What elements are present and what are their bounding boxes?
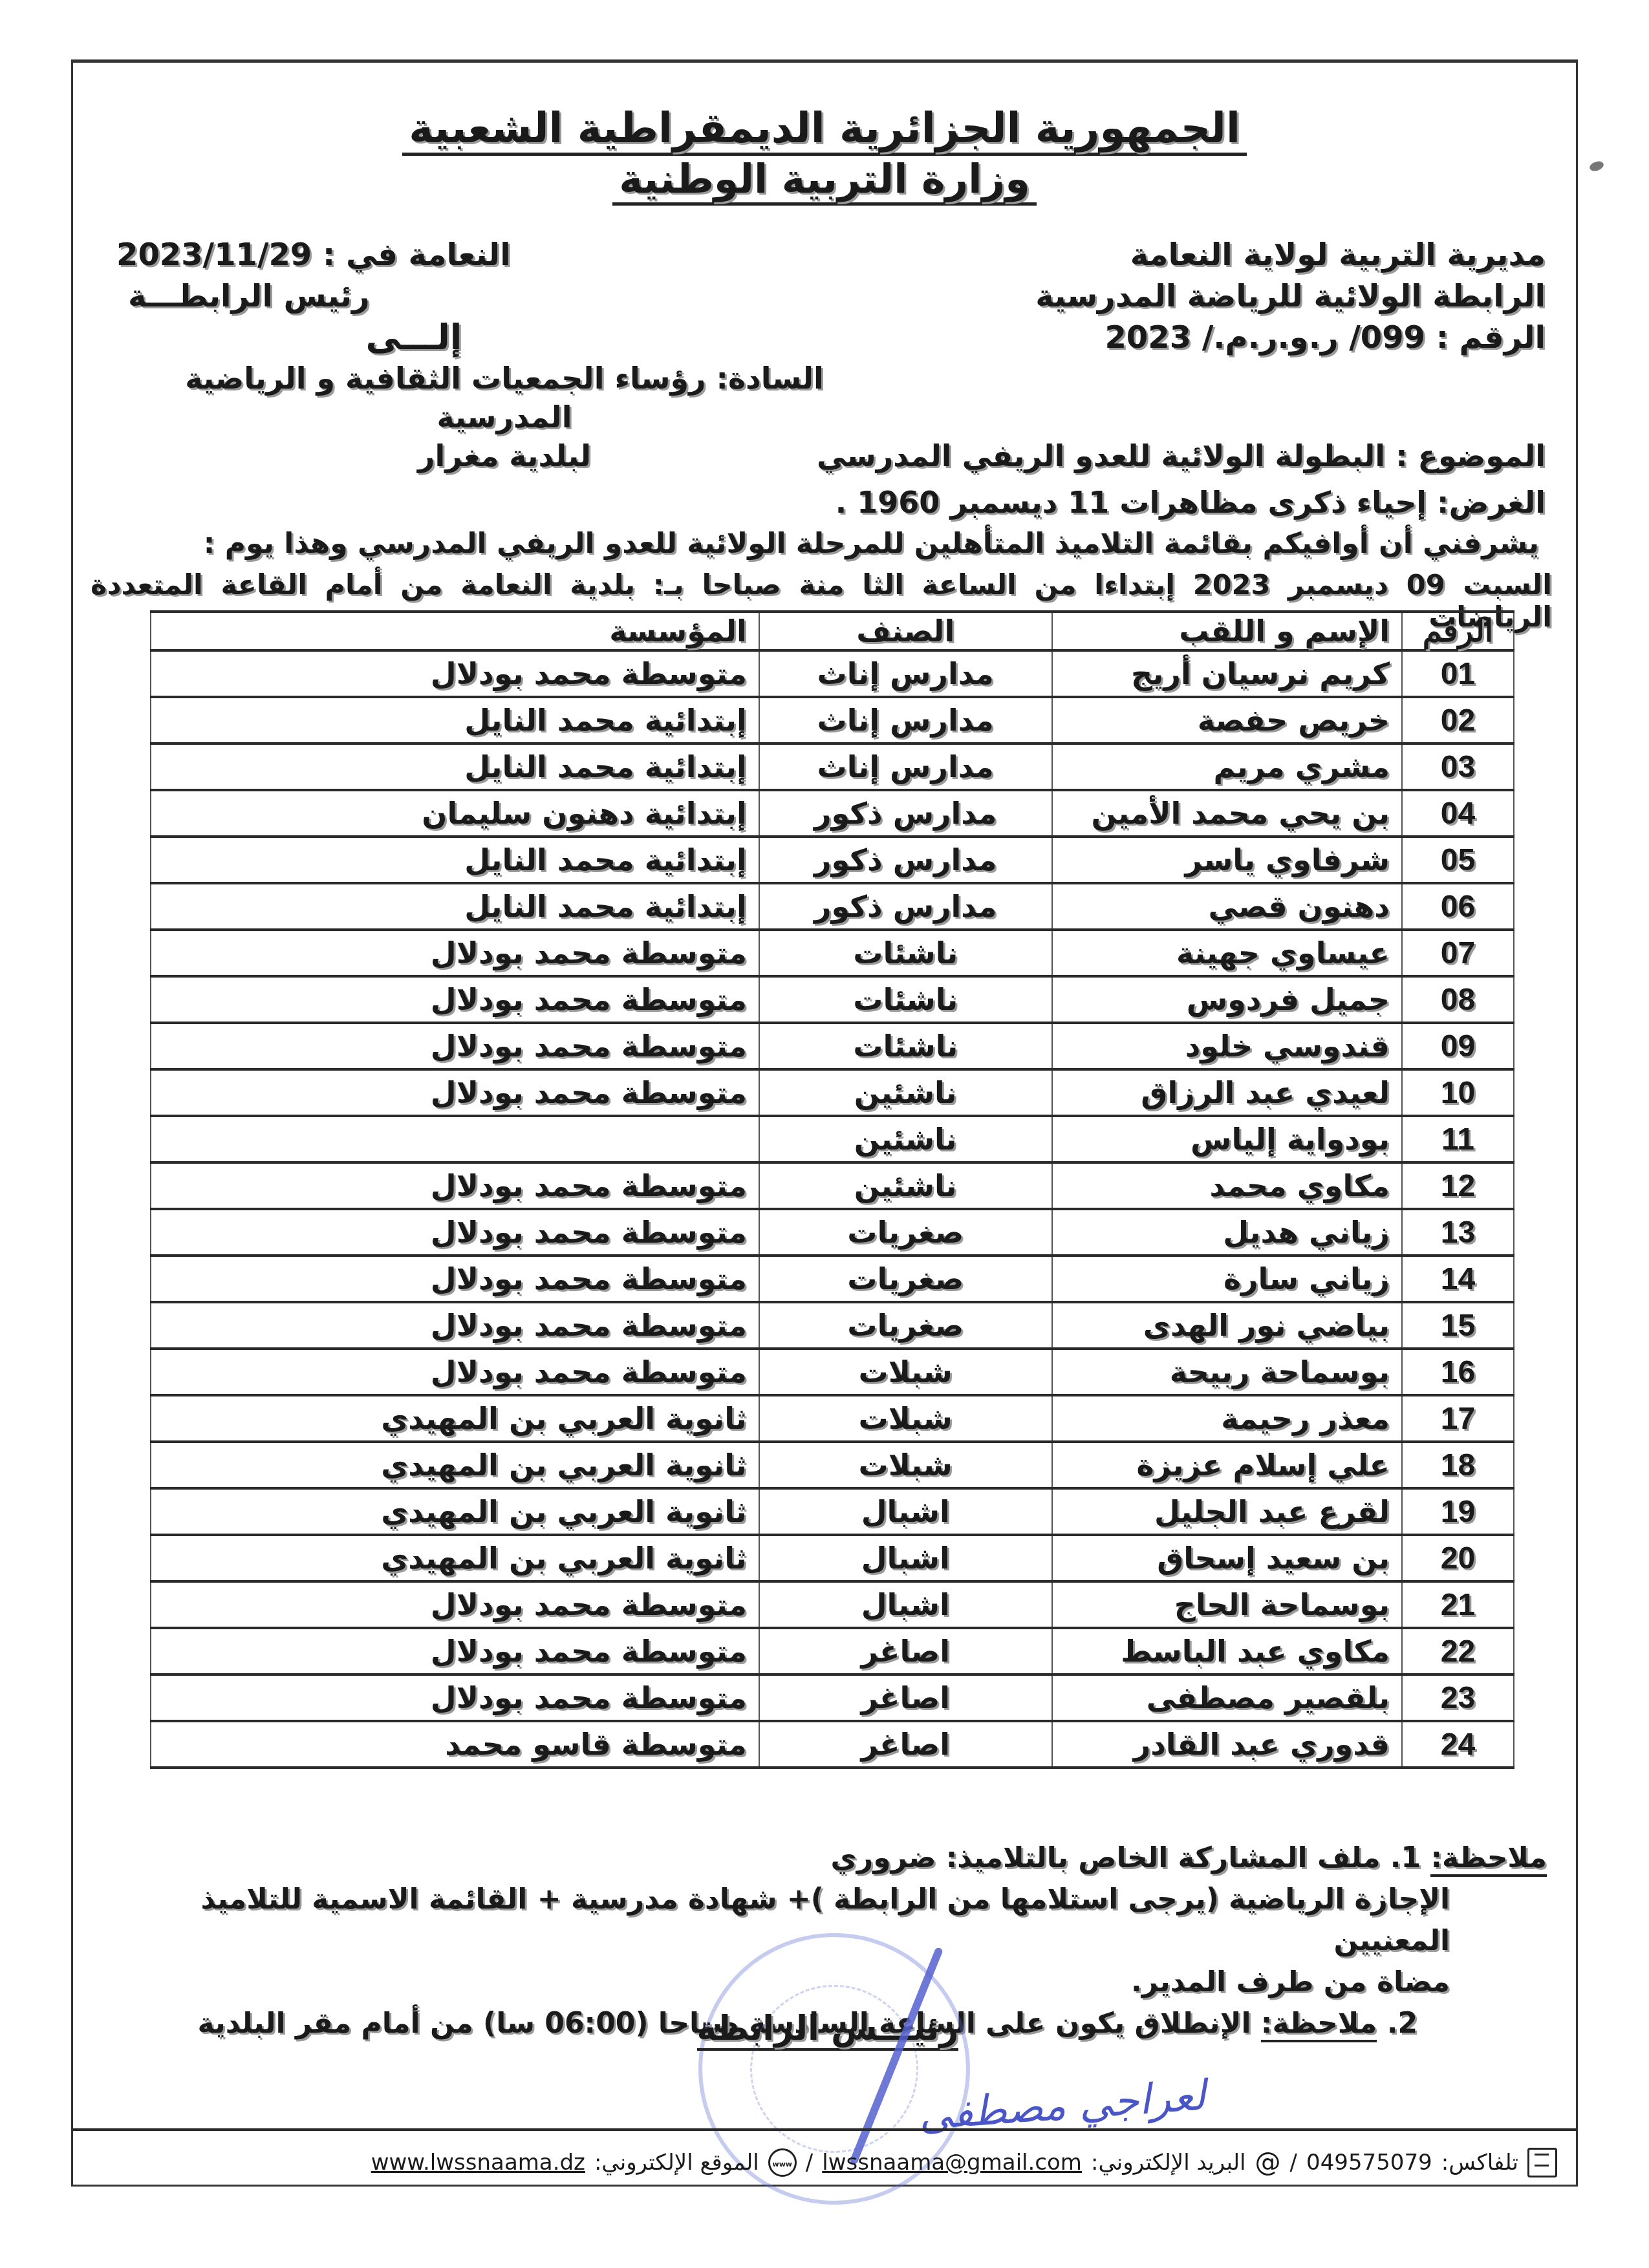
- row-number: 19: [1402, 1488, 1514, 1535]
- row-number: 08: [1402, 976, 1514, 1023]
- row-number: 14: [1402, 1256, 1514, 1302]
- student-category: صغريات: [759, 1302, 1052, 1349]
- student-institution: ثانوية العربي بن المهيدي: [151, 1442, 759, 1488]
- republic-title: الجمهورية الجزائرية الديمقراطية الشعبية: [0, 105, 1649, 156]
- student-category: اشبال: [759, 1581, 1052, 1628]
- student-category: اصاغر: [759, 1721, 1052, 1768]
- row-number: 02: [1402, 697, 1514, 744]
- table-row: 23بلقصير مصطفىاصاغرمتوسطة محمد بودلال: [151, 1674, 1514, 1721]
- student-institution: متوسطة محمد بودلال: [151, 1209, 759, 1256]
- table-row: 13زياني هديلصغرياتمتوسطة محمد بودلال: [151, 1209, 1514, 1256]
- student-name: شرفاوي ياسر: [1052, 837, 1402, 883]
- recipient-block: السادة: رؤساء الجمعيات الثقافية و الرياض…: [155, 359, 854, 475]
- student-name: قندوسي خلود: [1052, 1023, 1402, 1069]
- row-number: 05: [1402, 837, 1514, 883]
- row-number: 06: [1402, 883, 1514, 930]
- student-name: مكاوي عبد الباسط: [1052, 1628, 1402, 1674]
- fax-number: 049575079: [1306, 2150, 1432, 2176]
- fax-icon: [1527, 2148, 1557, 2177]
- note-1-detail: الإجازة الرياضية (يرجى استلامها من الراب…: [85, 1879, 1450, 1962]
- sender-block: مديرية التربية لولاية النعامة الرابطة ال…: [1035, 234, 1546, 358]
- table-row: 15بياضي نور الهدىصغرياتمتوسطة محمد بودلا…: [151, 1302, 1514, 1349]
- row-number: 07: [1402, 930, 1514, 976]
- student-name: علي إسلام عزيزة: [1052, 1442, 1402, 1488]
- body-line-1: يشرفني أن أوافيكم بقائمة التلاميذ المتأه…: [204, 527, 1539, 560]
- student-institution: متوسطة محمد بودلال: [151, 930, 759, 976]
- student-institution: إبتدائية محمد النايل: [151, 697, 759, 744]
- row-number: 24: [1402, 1721, 1514, 1768]
- student-category: شبلات: [759, 1395, 1052, 1442]
- student-category: صغريات: [759, 1256, 1052, 1302]
- student-name: بوسماحة ربيحة: [1052, 1349, 1402, 1395]
- student-category: ناشئات: [759, 1023, 1052, 1069]
- student-name: خريص حفصة: [1052, 697, 1402, 744]
- note-1: ملاحظة: 1. ملف المشاركة الخاص بالتلاميذ:…: [85, 1837, 1547, 1879]
- student-category: مدارس إناث: [759, 744, 1052, 790]
- student-category: ناشئات: [759, 930, 1052, 976]
- student-institution: متوسطة محمد بودلال: [151, 1628, 759, 1674]
- student-institution: متوسطة محمد بودلال: [151, 1069, 759, 1116]
- student-name: بن يحي محمد الأمين: [1052, 790, 1402, 837]
- table-header-row: الرقم الإسم و اللقب الصنف المؤسسة: [151, 612, 1514, 650]
- row-number: 04: [1402, 790, 1514, 837]
- signature-title: رئيـــس الرابطة: [666, 2009, 989, 2048]
- student-category: ناشئين: [759, 1069, 1052, 1116]
- student-institution: متوسطة محمد بودلال: [151, 1349, 759, 1395]
- row-number: 13: [1402, 1209, 1514, 1256]
- row-number: 20: [1402, 1535, 1514, 1581]
- ministry-title: وزارة التربية الوطنية: [0, 155, 1649, 206]
- row-number: 16: [1402, 1349, 1514, 1395]
- row-number: 21: [1402, 1581, 1514, 1628]
- email-label: البريد الإلكتروني:: [1091, 2150, 1246, 2176]
- separator: /: [806, 2150, 813, 2176]
- header-name: الإسم و اللقب: [1052, 612, 1402, 650]
- globe-icon: www: [768, 2148, 797, 2177]
- student-category: شبلات: [759, 1349, 1052, 1395]
- row-number: 03: [1402, 744, 1514, 790]
- purpose-line: الغرض: إحياء ذكرى مظاهرات 11 ديسمبر 1960…: [835, 485, 1546, 520]
- separator: /: [1290, 2150, 1297, 2176]
- student-institution: متوسطة محمد بودلال: [151, 1302, 759, 1349]
- table-row: 06دهنون قصيمدارس ذكورإبتدائية محمد الناي…: [151, 883, 1514, 930]
- student-name: مشري مريم: [1052, 744, 1402, 790]
- student-name: بودواية إلياس: [1052, 1116, 1402, 1162]
- student-institution: ثانوية العربي بن المهيدي: [151, 1488, 759, 1535]
- table-row: 05شرفاوي ياسرمدارس ذكورإبتدائية محمد الن…: [151, 837, 1514, 883]
- row-number: 12: [1402, 1162, 1514, 1209]
- row-number: 10: [1402, 1069, 1514, 1116]
- footer-divider: [72, 2128, 1577, 2131]
- table-row: 20بن سعيد إسحاقاشبالثانوية العربي بن الم…: [151, 1535, 1514, 1581]
- row-number: 18: [1402, 1442, 1514, 1488]
- row-number: 23: [1402, 1674, 1514, 1721]
- table-row: 22مكاوي عبد الباسطاصاغرمتوسطة محمد بودلا…: [151, 1628, 1514, 1674]
- table-row: 07عيساوي جهينةناشئاتمتوسطة محمد بودلال: [151, 930, 1514, 976]
- student-institution: [151, 1116, 759, 1162]
- student-name: بوسماحة الحاج: [1052, 1581, 1402, 1628]
- student-name: لعيدي عبد الرزاق: [1052, 1069, 1402, 1116]
- student-institution: متوسطة محمد بودلال: [151, 1581, 759, 1628]
- student-category: اصاغر: [759, 1674, 1052, 1721]
- subject-line: الموضوع : البطولة الولائية للعدو الريفي …: [817, 438, 1546, 473]
- row-number: 22: [1402, 1628, 1514, 1674]
- from-title: رئيس الرابطـــة: [116, 275, 382, 317]
- student-name: قدوري عبد القادر: [1052, 1721, 1402, 1768]
- website-label: الموقع الإلكتروني:: [594, 2150, 759, 2176]
- student-category: مدارس ذكور: [759, 837, 1052, 883]
- table-row: 16بوسماحة ربيحةشبلاتمتوسطة محمد بودلال: [151, 1349, 1514, 1395]
- website-link[interactable]: www.lwssnaama.dz: [371, 2150, 585, 2176]
- student-category: شبلات: [759, 1442, 1052, 1488]
- student-name: مكاوي محمد: [1052, 1162, 1402, 1209]
- student-institution: متوسطة محمد بودلال: [151, 1023, 759, 1069]
- student-name: بلقصير مصطفى: [1052, 1674, 1402, 1721]
- student-name: معذر رحيمة: [1052, 1395, 1402, 1442]
- fax-label: تلفاكس:: [1441, 2150, 1518, 2176]
- student-name: بياضي نور الهدى: [1052, 1302, 1402, 1349]
- reference-number: الرقم : 099/ ر.و.ر.م./ 2023: [1035, 317, 1546, 358]
- student-institution: ثانوية العربي بن المهيدي: [151, 1395, 759, 1442]
- student-category: اشبال: [759, 1535, 1052, 1581]
- directorate-name: مديرية التربية لولاية النعامة: [1035, 234, 1546, 275]
- header-category: الصنف: [759, 612, 1052, 650]
- table-row: 11بودواية إلياسناشئين: [151, 1116, 1514, 1162]
- student-institution: متوسطة قاسو محمد: [151, 1721, 759, 1768]
- student-category: مدارس إناث: [759, 650, 1052, 697]
- students-table: الرقم الإسم و اللقب الصنف المؤسسة 01كريم…: [150, 610, 1514, 1769]
- row-number: 09: [1402, 1023, 1514, 1069]
- table-row: 09قندوسي خلودناشئاتمتوسطة محمد بودلال: [151, 1023, 1514, 1069]
- student-name: كريم نرسيان أريج: [1052, 650, 1402, 697]
- table-row: 03مشري مريممدارس إناثإبتدائية محمد الناي…: [151, 744, 1514, 790]
- table-row: 24قدوري عبد القادراصاغرمتوسطة قاسو محمد: [151, 1721, 1514, 1768]
- table-row: 10لعيدي عبد الرزاقناشئينمتوسطة محمد بودل…: [151, 1069, 1514, 1116]
- student-category: اشبال: [759, 1488, 1052, 1535]
- table-row: 19لقرع عبد الجليلاشبالثانوية العربي بن ا…: [151, 1488, 1514, 1535]
- student-category: ناشئين: [759, 1116, 1052, 1162]
- place-date: النعامة في : 2023/11/29: [116, 234, 511, 275]
- student-institution: إبتدائية محمد النايل: [151, 883, 759, 930]
- student-institution: ثانوية العربي بن المهيدي: [151, 1535, 759, 1581]
- table-row: 18علي إسلام عزيزةشبلاتثانوية العربي بن ا…: [151, 1442, 1514, 1488]
- student-name: زياني هديل: [1052, 1209, 1402, 1256]
- email-link[interactable]: lwssnaama@gmail.com: [822, 2150, 1082, 2176]
- table-row: 14زياني سارةصغرياتمتوسطة محمد بودلال: [151, 1256, 1514, 1302]
- place-date-block: النعامة في : 2023/11/29 رئيس الرابطـــة: [116, 234, 511, 317]
- addressee: السادة: رؤساء الجمعيات الثقافية و الرياض…: [155, 359, 854, 436]
- student-institution: متوسطة محمد بودلال: [151, 1256, 759, 1302]
- student-institution: إبتدائية دهنون سليمان: [151, 790, 759, 837]
- student-name: لقرع عبد الجليل: [1052, 1488, 1402, 1535]
- student-category: مدارس ذكور: [759, 883, 1052, 930]
- table-row: 08جميل فردوسناشئاتمتوسطة محمد بودلال: [151, 976, 1514, 1023]
- header-institution: المؤسسة: [151, 612, 759, 650]
- footer-contacts: تلفاكس: 049575079 / @ البريد الإلكتروني:…: [72, 2140, 1577, 2185]
- student-name: زياني سارة: [1052, 1256, 1402, 1302]
- table-row: 21بوسماحة الحاجاشبالمتوسطة محمد بودلال: [151, 1581, 1514, 1628]
- header-num: الرقم: [1402, 612, 1514, 650]
- student-category: مدارس ذكور: [759, 790, 1052, 837]
- table-row: 01كريم نرسيان أريجمدارس إناثمتوسطة محمد …: [151, 650, 1514, 697]
- student-name: جميل فردوس: [1052, 976, 1402, 1023]
- to-label: إلـــى: [272, 317, 556, 358]
- student-institution: متوسطة محمد بودلال: [151, 650, 759, 697]
- student-category: ناشئات: [759, 976, 1052, 1023]
- student-institution: إبتدائية محمد النايل: [151, 744, 759, 790]
- student-institution: متوسطة محمد بودلال: [151, 1674, 759, 1721]
- student-institution: متوسطة محمد بودلال: [151, 1162, 759, 1209]
- student-category: صغريات: [759, 1209, 1052, 1256]
- student-name: دهنون قصي: [1052, 883, 1402, 930]
- student-category: مدارس إناث: [759, 697, 1052, 744]
- row-number: 17: [1402, 1395, 1514, 1442]
- student-category: اصاغر: [759, 1628, 1052, 1674]
- student-name: بن سعيد إسحاق: [1052, 1535, 1402, 1581]
- at-icon: @: [1255, 2148, 1281, 2177]
- table-row: 04بن يحي محمد الأمينمدارس ذكورإبتدائية د…: [151, 790, 1514, 837]
- table-row: 12مكاوي محمدناشئينمتوسطة محمد بودلال: [151, 1162, 1514, 1209]
- row-number: 01: [1402, 650, 1514, 697]
- row-number: 15: [1402, 1302, 1514, 1349]
- league-name: الرابطة الولائية للرياضة المدرسية: [1035, 275, 1546, 317]
- student-institution: إبتدائية محمد النايل: [151, 837, 759, 883]
- table-row: 02خريص حفصةمدارس إناثإبتدائية محمد الناي…: [151, 697, 1514, 744]
- table-row: 17معذر رحيمةشبلاتثانوية العربي بن المهيد…: [151, 1395, 1514, 1442]
- table-body: 01كريم نرسيان أريجمدارس إناثمتوسطة محمد …: [151, 650, 1514, 1768]
- row-number: 11: [1402, 1116, 1514, 1162]
- municipality: لبلدية مغرار: [155, 436, 854, 475]
- student-category: ناشئين: [759, 1162, 1052, 1209]
- student-institution: متوسطة محمد بودلال: [151, 976, 759, 1023]
- student-name: عيساوي جهينة: [1052, 930, 1402, 976]
